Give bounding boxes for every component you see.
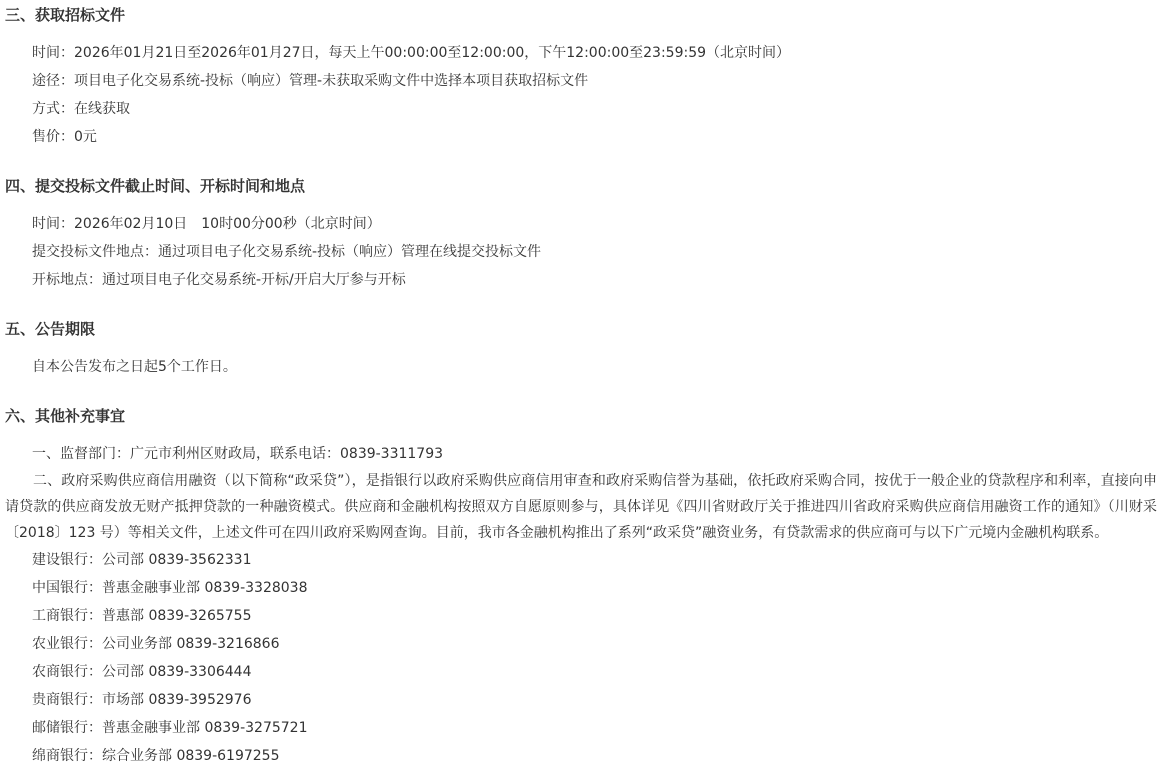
deadline-time-line: 时间：2026年02月10日 10时00分00秒（北京时间） xyxy=(5,210,1157,238)
bank-contact-line: 贵商银行：市场部 0839-3952976 xyxy=(5,686,1157,714)
bank-contact-line: 绵商银行：综合业务部 0839-6197255 xyxy=(5,742,1157,767)
section-heading-announcement-period: 五、公告期限 xyxy=(5,320,1157,338)
bank-contact-line: 农商银行：公司部 0839-3306444 xyxy=(5,658,1157,686)
announcement-document: 三、获取招标文件 时间：2026年01月21日至2026年01月27日，每天上午… xyxy=(0,0,1163,767)
supervision-department-line: 一、监督部门：广元市利州区财政局，联系电话：0839-3311793 xyxy=(5,440,1157,468)
submit-location-line: 提交投标文件地点：通过项目电子化交易系统-投标（响应）管理在线提交投标文件 xyxy=(5,238,1157,266)
bank-contact-line: 建设银行：公司部 0839-3562331 xyxy=(5,546,1157,574)
bank-contact-line: 农业银行：公司业务部 0839-3216866 xyxy=(5,630,1157,658)
announcement-period-line: 自本公告发布之日起5个工作日。 xyxy=(5,353,1157,381)
opening-location-line: 开标地点：通过项目电子化交易系统-开标/开启大厅参与开标 xyxy=(5,266,1157,294)
section-obtain-bidding-documents: 三、获取招标文件 时间：2026年01月21日至2026年01月27日，每天上午… xyxy=(5,6,1157,151)
section-announcement-period: 五、公告期限 自本公告发布之日起5个工作日。 xyxy=(5,320,1157,381)
section-other-supplementary-matters: 六、其他补充事宜 一、监督部门：广元市利州区财政局，联系电话：0839-3311… xyxy=(5,407,1157,767)
section-submission-deadline-opening: 四、提交投标文件截止时间、开标时间和地点 时间：2026年02月10日 10时0… xyxy=(5,177,1157,294)
section-heading-other-matters: 六、其他补充事宜 xyxy=(5,407,1157,425)
obtain-time-line: 时间：2026年01月21日至2026年01月27日，每天上午00:00:00至… xyxy=(5,39,1157,67)
credit-financing-paragraph: 二、政府采购供应商信用融资（以下简称“政采贷”），是指银行以政府采购供应商信用审… xyxy=(5,468,1157,546)
bank-contact-line: 工商银行：普惠部 0839-3265755 xyxy=(5,602,1157,630)
section-heading-obtain-documents: 三、获取招标文件 xyxy=(5,6,1157,24)
obtain-price-line: 售价：0元 xyxy=(5,123,1157,151)
bank-contact-line: 中国银行：普惠金融事业部 0839-3328038 xyxy=(5,574,1157,602)
obtain-method-line: 方式：在线获取 xyxy=(5,95,1157,123)
obtain-channel-line: 途径：项目电子化交易系统-投标（响应）管理-未获取采购文件中选择本项目获取招标文… xyxy=(5,67,1157,95)
bank-contact-line: 邮储银行：普惠金融事业部 0839-3275721 xyxy=(5,714,1157,742)
section-heading-deadline-opening: 四、提交投标文件截止时间、开标时间和地点 xyxy=(5,177,1157,195)
